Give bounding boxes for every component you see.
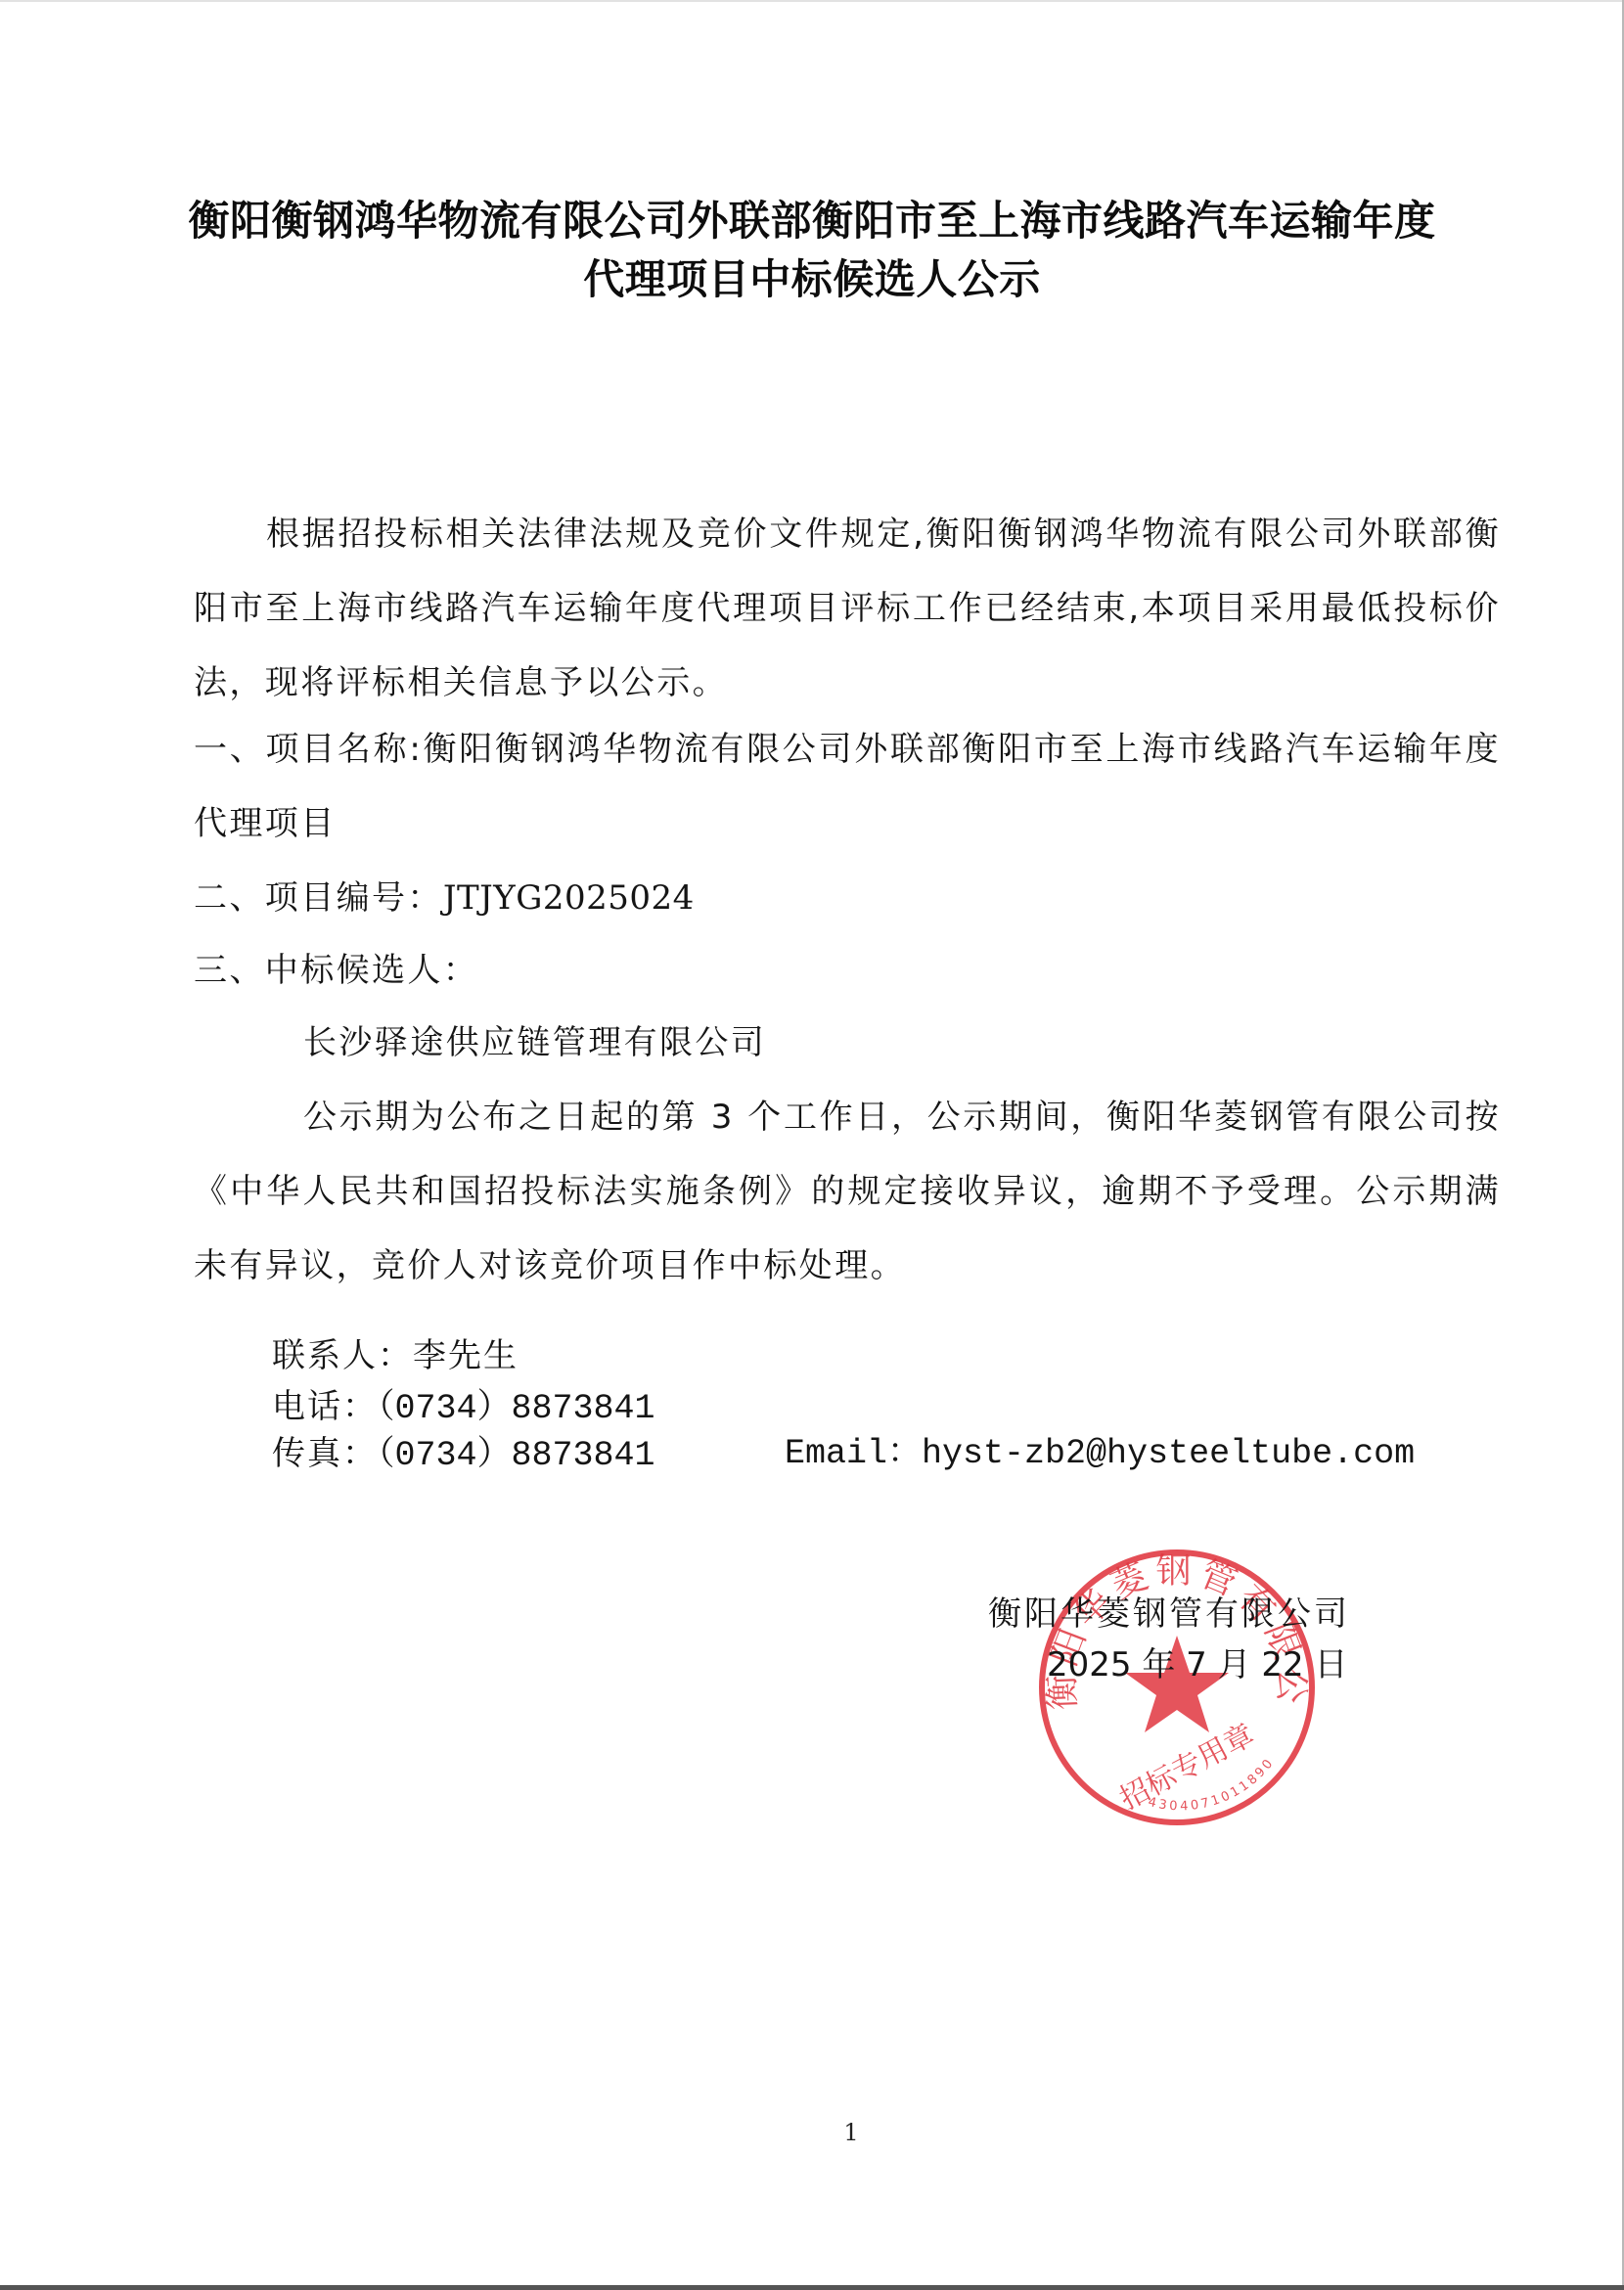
title-line-1: 衡阳衡钢鸿华物流有限公司外联部衡阳市至上海市线路汽车运输年度 [0,192,1624,250]
title-line-2: 代理项目中标候选人公示 [0,250,1624,309]
candidate-name: 长沙驿途供应链管理有限公司 [303,1006,766,1080]
document-title: 衡阳衡钢鸿华物流有限公司外联部衡阳市至上海市线路汽车运输年度 代理项目中标候选人… [0,192,1624,309]
contact-person-label: 联系人： [272,1336,413,1375]
item-label: 二、项目编号： [194,878,443,918]
signature-date: 2025 年 7 月 22 日 [1047,1639,1347,1690]
item-label: 一、项目名称: [194,730,423,769]
contact-phone-value: （0734）8873841 [378,1389,655,1428]
contact-fax-value: （0734）8873841 [378,1436,655,1475]
item-project-name: 一、项目名称:衡阳衡钢鸿华物流有限公司外联部衡阳市至上海市线路汽车运输年度代理项… [194,712,1501,861]
contact-fax-label: 传真： [272,1434,378,1473]
contact-email: Email：hyst-zb2@hysteeltube.com [785,1430,1415,1477]
item-label: 三、中标候选人： [194,951,478,990]
contact-phone-label: 电话： [272,1387,378,1426]
contact-email-value[interactable]: hyst-zb2@hysteeltube.com [922,1434,1415,1473]
contact-person-value: 李先生 [413,1336,519,1375]
contact-email-label: Email： [785,1434,922,1473]
page-number: 1 [0,2119,1624,2146]
page-edge-bottom [0,2285,1624,2290]
notice-paragraph: 公示期为公布之日起的第 3 个工作日，公示期间，衡阳华菱钢管有限公司按《中华人民… [194,1080,1501,1303]
signature-company: 衡阳华菱钢管有限公司 [988,1589,1350,1639]
contact-person: 联系人：李先生 [272,1332,519,1379]
item-value: JTJYG2025024 [443,878,695,918]
contact-phone: 电话：（0734）8873841 [272,1383,655,1432]
item-winning-candidate: 三、中标候选人： [194,933,1501,1008]
page-edge-top [0,0,1624,2]
contact-fax: 传真：（0734）8873841 [272,1430,655,1479]
intro-paragraph: 根据招投标相关法律法规及竞价文件规定,衡阳衡钢鸿华物流有限公司外联部衡阳市至上海… [194,497,1501,720]
item-project-number: 二、项目编号：JTJYG2025024 [194,861,1501,935]
